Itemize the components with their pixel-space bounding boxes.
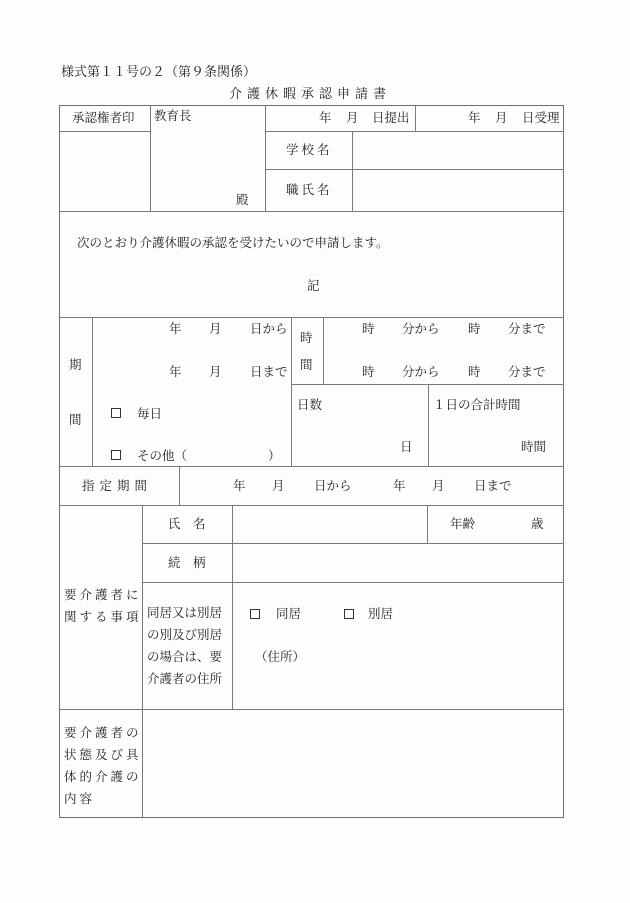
other-detail-field[interactable]	[200, 447, 262, 463]
divider	[427, 505, 428, 543]
designated-period-label: 指定期間	[82, 480, 152, 493]
divider	[59, 466, 564, 467]
honorific-label: 殿	[236, 194, 249, 207]
name-field[interactable]	[234, 507, 426, 542]
period-label-bottom: 間	[69, 414, 82, 427]
age-label: 年齢	[450, 518, 475, 531]
divider	[265, 105, 266, 211]
statement-text: 次のとおり介護休暇の承認を受けたいので申請します。	[77, 237, 389, 250]
daily-total-field[interactable]	[430, 415, 515, 463]
divider	[59, 131, 150, 132]
days-field[interactable]	[293, 415, 393, 463]
divider	[59, 317, 564, 318]
ki-label: 記	[307, 280, 320, 293]
divider	[150, 105, 151, 211]
divider	[415, 105, 416, 131]
divider	[179, 466, 180, 505]
address-label: （住所）	[255, 651, 305, 664]
days-unit: 日	[400, 441, 413, 454]
everyday-checkbox[interactable]	[111, 408, 121, 418]
form-title: 介護休暇承認申請書	[229, 88, 391, 101]
name-label: 氏 名	[168, 518, 206, 531]
residence-label: 同居又は別居の別及び別居の場合は、要介護者の住所	[147, 602, 232, 690]
relation-label: 続 柄	[168, 557, 206, 570]
daily-total-label: １日の合計時間	[433, 399, 521, 412]
divider	[265, 169, 564, 170]
cohabiting-checkbox[interactable]	[250, 609, 260, 619]
divider	[428, 384, 429, 466]
separate-label: 別居	[368, 608, 393, 621]
divider	[323, 317, 324, 384]
care-recipient-section-label: 要介護者に関する事項	[64, 584, 142, 628]
divider	[142, 543, 564, 544]
divider	[291, 317, 292, 466]
age-unit: 歳	[531, 518, 544, 531]
divider	[59, 709, 564, 710]
divider	[232, 505, 233, 709]
divider	[142, 505, 143, 818]
addressee-label: 教育長	[154, 110, 192, 123]
approver-seal-label: 承認権者印	[72, 112, 135, 125]
other-close-paren: ）	[268, 450, 281, 463]
school-name-label: 学校名	[286, 144, 333, 157]
divider	[59, 505, 564, 506]
divider	[92, 317, 93, 466]
condition-field[interactable]	[144, 711, 562, 816]
age-field[interactable]	[480, 507, 528, 542]
other-checkbox[interactable]	[111, 450, 121, 460]
divider	[142, 582, 564, 583]
separate-checkbox[interactable]	[344, 609, 354, 619]
other-label: その他（	[137, 450, 187, 463]
form-number: 様式第１１号の２（第９条関係）	[61, 66, 256, 79]
condition-label: 要介護者の状態及び具体的介護の内容	[64, 722, 142, 810]
time-label-bottom: 間	[300, 359, 313, 372]
everyday-label: 毎日	[137, 408, 162, 421]
position-name-label: 職氏名	[286, 184, 333, 197]
daily-total-unit: 時間	[521, 441, 546, 454]
position-name-field[interactable]	[354, 171, 562, 210]
approver-seal-area[interactable]	[61, 133, 149, 210]
divider	[265, 131, 564, 132]
time-label-top: 時	[300, 332, 313, 345]
address-field[interactable]	[300, 645, 560, 667]
period-label-top: 期	[69, 359, 82, 372]
school-name-field[interactable]	[354, 133, 562, 168]
cohabiting-label: 同居	[276, 608, 301, 621]
divider	[352, 131, 353, 211]
relation-field[interactable]	[234, 545, 562, 581]
days-label: 日数	[297, 399, 322, 412]
divider	[59, 211, 564, 212]
